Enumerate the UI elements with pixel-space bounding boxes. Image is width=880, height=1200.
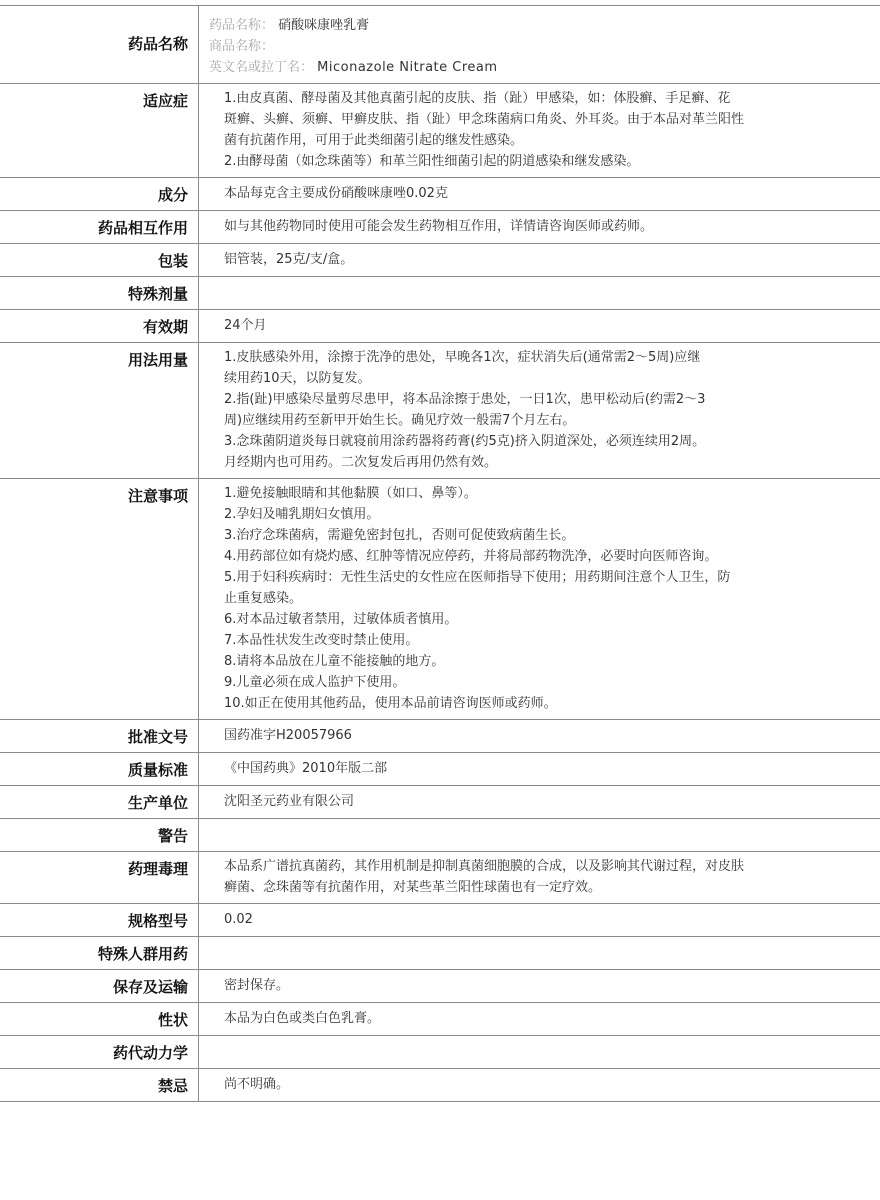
value-line: 10.如正在使用其他药品，使用本品前请咨询医师或药师。 (224, 693, 880, 714)
row-value-text: 国药准字H20057966 (224, 720, 880, 751)
english-name-line: 英文名或拉丁名： Miconazole Nitrate Cream (209, 57, 880, 78)
spec-row-10: 生产单位 沈阳圣元药业有限公司 (0, 786, 880, 819)
spec-row-13: 规格型号 0.02 (0, 904, 880, 937)
row-value (199, 937, 880, 970)
value-line: 24个月 (224, 315, 880, 336)
row-label: 保存及运输 (0, 970, 199, 1003)
row-label: 有效期 (0, 310, 199, 343)
row-value (199, 819, 880, 852)
value-line: 5.用于妇科疾病时：无性生活史的女性应在医师指导下使用；用药期间注意个人卫生，防 (224, 567, 880, 588)
row-value-text: 24个月 (224, 310, 880, 341)
row-value: 1.皮肤感染外用，涂擦于洗净的患处，早晚各1次，症状消失后(通常需2～5周)应继… (199, 343, 880, 479)
value-line: 本品为白色或类白色乳膏。 (224, 1008, 880, 1029)
value-line: 尚不明确。 (224, 1074, 880, 1095)
row-value-text: 铝管装，25克/支/盒。 (224, 244, 880, 275)
row-label: 药代动力学 (0, 1036, 199, 1069)
row-label: 用法用量 (0, 343, 199, 479)
value-line: 1.由皮真菌、酵母菌及其他真菌引起的皮肤、指（趾）甲感染，如：体股癣、手足癣、花 (224, 88, 880, 109)
value-line: 2.由酵母菌（如念珠菌等）和革兰阳性细菌引起的阴道感染和继发感染。 (224, 151, 880, 172)
row-label-text: 适应症 (0, 84, 188, 110)
spec-row-1: 成分 本品每克含主要成份硝酸咪康唑0.02克 (0, 178, 880, 211)
row-value: 密封保存。 (199, 970, 880, 1003)
row-value-text: 尚不明确。 (224, 1069, 880, 1100)
row-label-text: 包装 (0, 244, 188, 270)
row-label-text: 有效期 (0, 310, 188, 336)
drug-spec-table: 药品名称 药品名称： 硝酸咪康唑乳膏 商品名称： 英文名或拉丁名： Micona… (0, 5, 880, 1102)
drug-spec-sheet: 药品名称 药品名称： 硝酸咪康唑乳膏 商品名称： 英文名或拉丁名： Micona… (0, 5, 880, 1102)
row-label-text: 性状 (0, 1003, 188, 1029)
row-label: 成分 (0, 178, 199, 211)
spec-row-18: 禁忌 尚不明确。 (0, 1069, 880, 1102)
row-value-text: 《中国药典》2010年版二部 (224, 753, 880, 784)
spec-row-8: 批准文号 国药准字H20057966 (0, 720, 880, 753)
row-value-text: 0.02 (224, 904, 880, 935)
value-line: 6.对本品过敏者禁用，过敏体质者慎用。 (224, 609, 880, 630)
value-line: 止重复感染。 (224, 588, 880, 609)
value-line: 续用药10天，以防复发。 (224, 368, 880, 389)
value-line: 2.指(趾)甲感染尽量剪尽患甲，将本品涂擦于患处，一日1次，患甲松动后(约需2～… (224, 389, 880, 410)
spec-row-5: 有效期 24个月 (0, 310, 880, 343)
row-value: 铝管装，25克/支/盒。 (199, 244, 880, 277)
value-line: 9.儿童必须在成人监护下使用。 (224, 672, 880, 693)
value-line: 月经期内也可用药。二次复发后再用仍然有效。 (224, 452, 880, 473)
value-line: 菌有抗菌作用，可用于此类细菌引起的继发性感染。 (224, 130, 880, 151)
row-value-text: 本品为白色或类白色乳膏。 (224, 1003, 880, 1034)
row-label-text: 生产单位 (0, 786, 188, 812)
row-value (199, 277, 880, 310)
row-label-text: 用法用量 (0, 343, 188, 369)
value-line: 本品系广谱抗真菌药，其作用机制是抑制真菌细胞膜的合成，以及影响其代谢过程，对皮肤 (224, 856, 880, 877)
english-name-value: Miconazole Nitrate Cream (317, 60, 497, 75)
label-drug-name: 药品名称 (0, 6, 188, 53)
row-value-text: 1.由皮真菌、酵母菌及其他真菌引起的皮肤、指（趾）甲感染，如：体股癣、手足癣、花… (224, 84, 880, 176)
value-line: 本品每克含主要成份硝酸咪康唑0.02克 (224, 183, 880, 204)
row-label: 性状 (0, 1003, 199, 1036)
value-line: 1.皮肤感染外用，涂擦于洗净的患处，早晚各1次，症状消失后(通常需2～5周)应继 (224, 347, 880, 368)
value-line: 如与其他药物同时使用可能会发生药物相互作用，详情请咨询医师或药师。 (224, 216, 880, 237)
row-label-text: 规格型号 (0, 904, 188, 930)
value-line: 密封保存。 (224, 975, 880, 996)
value-line: 铝管装，25克/支/盒。 (224, 249, 880, 270)
row-value: 尚不明确。 (199, 1069, 880, 1102)
value-line: 国药准字H20057966 (224, 725, 880, 746)
spec-row-2: 药品相互作用 如与其他药物同时使用可能会发生药物相互作用，详情请咨询医师或药师。 (0, 211, 880, 244)
spec-row-17: 药代动力学 (0, 1036, 880, 1069)
row-label-text: 药理毒理 (0, 852, 188, 878)
row-value-text: 沈阳圣元药业有限公司 (224, 786, 880, 817)
row-label: 禁忌 (0, 1069, 199, 1102)
spec-row-0: 适应症 1.由皮真菌、酵母菌及其他真菌引起的皮肤、指（趾）甲感染，如：体股癣、手… (0, 84, 880, 178)
spec-row-7: 注意事项 1.避免接触眼睛和其他黏膜（如口、鼻等）。2.孕妇及哺乳期妇女慎用。3… (0, 479, 880, 720)
value-line: 1.避免接触眼睛和其他黏膜（如口、鼻等）。 (224, 483, 880, 504)
row-value: 《中国药典》2010年版二部 (199, 753, 880, 786)
row-label: 特殊人群用药 (0, 937, 199, 970)
row-label-text: 成分 (0, 178, 188, 204)
row-value-text (224, 1036, 880, 1046)
generic-name-label: 药品名称： (209, 18, 274, 33)
trade-name-line: 商品名称： (209, 36, 880, 57)
row-value-text: 密封保存。 (224, 970, 880, 1001)
row-value: 1.由皮真菌、酵母菌及其他真菌引起的皮肤、指（趾）甲感染，如：体股癣、手足癣、花… (199, 84, 880, 178)
spec-row-14: 特殊人群用药 (0, 937, 880, 970)
row-value: 24个月 (199, 310, 880, 343)
row-label: 药品名称 (0, 6, 199, 84)
row-value: 沈阳圣元药业有限公司 (199, 786, 880, 819)
row-label-text: 警告 (0, 819, 188, 845)
row-value: 0.02 (199, 904, 880, 937)
value-line: 4.用药部位如有烧灼感、红肿等情况应停药，并将局部药物洗净，必要时向医师咨询。 (224, 546, 880, 567)
row-value-text: 本品系广谱抗真菌药，其作用机制是抑制真菌细胞膜的合成，以及影响其代谢过程，对皮肤… (224, 852, 880, 902)
value-line: 沈阳圣元药业有限公司 (224, 791, 880, 812)
generic-name-line: 药品名称： 硝酸咪康唑乳膏 (209, 15, 880, 36)
value-line: 《中国药典》2010年版二部 (224, 758, 880, 779)
row-label-text: 批准文号 (0, 720, 188, 746)
row-drug-name: 药品名称 药品名称： 硝酸咪康唑乳膏 商品名称： 英文名或拉丁名： Micona… (0, 6, 880, 84)
value-line: 3.念珠菌阴道炎每日就寝前用涂药器将药膏(约5克)挤入阴道深处，必须连续用2周。 (224, 431, 880, 452)
row-label-text: 保存及运输 (0, 970, 188, 996)
spec-row-15: 保存及运输 密封保存。 (0, 970, 880, 1003)
row-label-text: 注意事项 (0, 479, 188, 505)
spec-row-3: 包装 铝管装，25克/支/盒。 (0, 244, 880, 277)
row-label: 药品相互作用 (0, 211, 199, 244)
row-value-text (224, 277, 880, 287)
row-label: 适应症 (0, 84, 199, 178)
row-label: 批准文号 (0, 720, 199, 753)
row-label-text: 药代动力学 (0, 1036, 188, 1062)
row-value: 本品每克含主要成份硝酸咪康唑0.02克 (199, 178, 880, 211)
row-value-text (224, 937, 880, 947)
row-value-text (224, 819, 880, 829)
row-value: 本品系广谱抗真菌药，其作用机制是抑制真菌细胞膜的合成，以及影响其代谢过程，对皮肤… (199, 852, 880, 904)
value-line: 0.02 (224, 909, 880, 930)
spec-row-9: 质量标准 《中国药典》2010年版二部 (0, 753, 880, 786)
value-line: 8.请将本品放在儿童不能接触的地方。 (224, 651, 880, 672)
row-label-text: 特殊人群用药 (0, 937, 188, 963)
english-name-label: 英文名或拉丁名： (209, 60, 313, 75)
row-label: 规格型号 (0, 904, 199, 937)
value-line: 癣菌、念珠菌等有抗菌作用，对某些革兰阳性球菌也有一定疗效。 (224, 877, 880, 898)
value-line: 周)应继续用药至新甲开始生长。确见疗效一般需7个月左右。 (224, 410, 880, 431)
row-label: 注意事项 (0, 479, 199, 720)
row-label: 特殊剂量 (0, 277, 199, 310)
row-value: 国药准字H20057966 (199, 720, 880, 753)
value-line: 斑癣、头癣、须癣、甲癣皮肤、指（趾）甲念珠菌病口角炎、外耳炎。由于本品对革兰阳性 (224, 109, 880, 130)
row-value: 1.避免接触眼睛和其他黏膜（如口、鼻等）。2.孕妇及哺乳期妇女慎用。3.治疗念珠… (199, 479, 880, 720)
value-line: 2.孕妇及哺乳期妇女慎用。 (224, 504, 880, 525)
row-value: 药品名称： 硝酸咪康唑乳膏 商品名称： 英文名或拉丁名： Miconazole … (199, 6, 880, 84)
row-label: 包装 (0, 244, 199, 277)
row-value-text: 本品每克含主要成份硝酸咪康唑0.02克 (224, 178, 880, 209)
row-label-text: 禁忌 (0, 1069, 188, 1095)
spec-row-6: 用法用量 1.皮肤感染外用，涂擦于洗净的患处，早晚各1次，症状消失后(通常需2～… (0, 343, 880, 479)
row-label: 警告 (0, 819, 199, 852)
row-label-text: 药品相互作用 (0, 211, 188, 237)
spec-row-4: 特殊剂量 (0, 277, 880, 310)
generic-name-value: 硝酸咪康唑乳膏 (278, 18, 369, 33)
row-value-text: 1.皮肤感染外用，涂擦于洗净的患处，早晚各1次，症状消失后(通常需2～5周)应继… (224, 343, 880, 477)
row-value (199, 1036, 880, 1069)
row-label-text: 质量标准 (0, 753, 188, 779)
row-label: 药理毒理 (0, 852, 199, 904)
value-line: 3.治疗念珠菌病，需避免密封包扎，否则可促使致病菌生长。 (224, 525, 880, 546)
spec-row-12: 药理毒理 本品系广谱抗真菌药，其作用机制是抑制真菌细胞膜的合成，以及影响其代谢过… (0, 852, 880, 904)
row-value: 如与其他药物同时使用可能会发生药物相互作用，详情请咨询医师或药师。 (199, 211, 880, 244)
row-label: 生产单位 (0, 786, 199, 819)
value-line: 7.本品性状发生改变时禁止使用。 (224, 630, 880, 651)
row-value-text: 如与其他药物同时使用可能会发生药物相互作用，详情请咨询医师或药师。 (224, 211, 880, 242)
spec-row-16: 性状 本品为白色或类白色乳膏。 (0, 1003, 880, 1036)
row-value: 本品为白色或类白色乳膏。 (199, 1003, 880, 1036)
row-label: 质量标准 (0, 753, 199, 786)
row-label-text: 特殊剂量 (0, 277, 188, 303)
row-value-text: 1.避免接触眼睛和其他黏膜（如口、鼻等）。2.孕妇及哺乳期妇女慎用。3.治疗念珠… (224, 479, 880, 718)
spec-row-11: 警告 (0, 819, 880, 852)
trade-name-label: 商品名称： (209, 39, 274, 54)
